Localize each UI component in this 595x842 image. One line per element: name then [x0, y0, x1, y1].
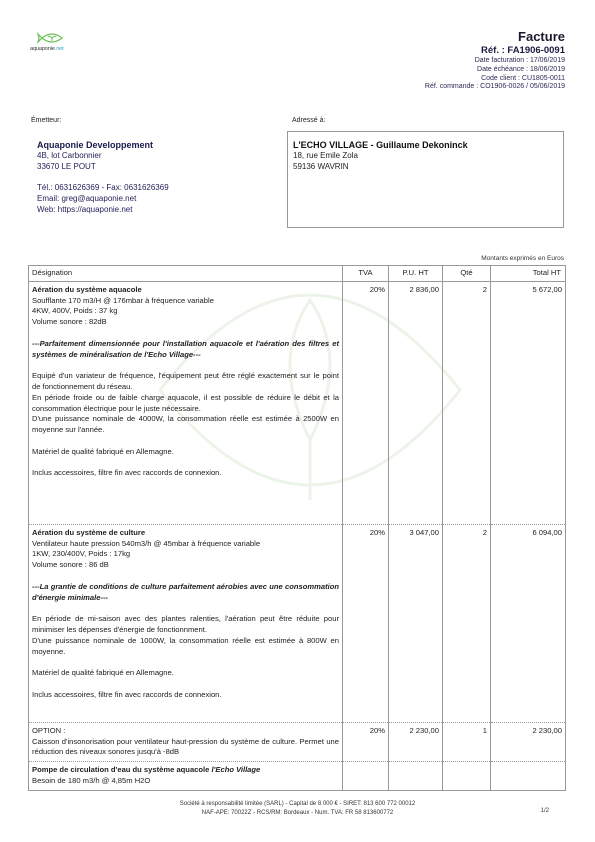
- item-tva: [343, 762, 389, 791]
- item-tva: 20%: [343, 722, 389, 761]
- invoice-items-table: Désignation TVA P.U. HT Qté Total HT Aér…: [28, 265, 566, 791]
- page-number: 1/2: [541, 808, 549, 814]
- item-total: 2 230,00: [491, 722, 566, 761]
- item-designation: Pompe de circulation d'eau du système aq…: [29, 762, 343, 791]
- item-designation: Aération du système de culture Ventilate…: [29, 524, 343, 722]
- emetteur-phone: Tél.: 0631626369 - Fax: 0631626369: [37, 183, 169, 194]
- item-tva: 20%: [343, 524, 389, 722]
- emetteur-block: Aquaponie Developpement 4B, lot Carbonni…: [37, 140, 169, 216]
- emetteur-address1: 4B, lot Carbonnier: [37, 151, 169, 162]
- item-qty: 2: [443, 524, 491, 722]
- code-client: Code client : CU1805-0011: [425, 75, 565, 84]
- company-logo: aquaponie.net: [30, 31, 82, 55]
- item-pu: 3 047,00: [389, 524, 443, 722]
- item-qty: [443, 762, 491, 791]
- currency-note: Montants exprimés en Euros: [481, 255, 564, 262]
- invoice-title: Facture: [425, 30, 565, 44]
- date-echeance: Date échéance : 18/06/2019: [425, 66, 565, 75]
- destinataire-label: Adressé à:: [292, 117, 325, 124]
- destinataire-box: L'ECHO VILLAGE - Guillaume Dekoninck 18,…: [287, 131, 564, 228]
- col-tva: TVA: [343, 266, 389, 282]
- item-designation: OPTION : Caisson d'insonorisation pour v…: [29, 722, 343, 761]
- col-designation: Désignation: [29, 266, 343, 282]
- col-qty: Qté: [443, 266, 491, 282]
- emetteur-label: Émetteur:: [31, 117, 61, 124]
- invoice-header: Facture Réf. : FA1906-0091 Date facturat…: [425, 30, 565, 92]
- item-total: 5 672,00: [491, 281, 566, 524]
- ref-commande: Réf. commande : CO1906-0026 / 05/06/2019: [425, 83, 565, 92]
- emetteur-web: Web: https://aquaponie.net: [37, 205, 169, 216]
- emetteur-email: Email: greg@aquaponie.net: [37, 194, 169, 205]
- item-qty: 1: [443, 722, 491, 761]
- item-designation: Aération du système aquacole Soufflante …: [29, 281, 343, 524]
- item-total: 6 094,00: [491, 524, 566, 722]
- destinataire-address1: 18, rue Emile Zola: [293, 151, 558, 162]
- col-total: Total HT: [491, 266, 566, 282]
- logo-text: aquaponie.net: [30, 46, 64, 52]
- item-qty: 2: [443, 281, 491, 524]
- invoice-ref: Réf. : FA1906-0091: [425, 44, 565, 57]
- col-pu: P.U. HT: [389, 266, 443, 282]
- destinataire-name: L'ECHO VILLAGE - Guillaume Dekoninck: [293, 140, 558, 151]
- table-row: Aération du système aquacole Soufflante …: [29, 281, 566, 524]
- emetteur-address2: 33670 LE POUT: [37, 162, 169, 173]
- table-row: OPTION : Caisson d'insonorisation pour v…: [29, 722, 566, 761]
- date-facturation: Date facturation : 17/06/2019: [425, 57, 565, 66]
- table-row: Pompe de circulation d'eau du système aq…: [29, 762, 566, 791]
- footer-legal: Société à responsabilité limitée (SARL) …: [0, 800, 595, 817]
- item-total: [491, 762, 566, 791]
- table-row: Aération du système de culture Ventilate…: [29, 524, 566, 722]
- item-pu: [389, 762, 443, 791]
- item-tva: 20%: [343, 281, 389, 524]
- item-pu: 2 230,00: [389, 722, 443, 761]
- emetteur-name: Aquaponie Developpement: [37, 140, 169, 151]
- fish-sprout-logo-icon: [30, 31, 82, 46]
- destinataire-address2: 59136 WAVRIN: [293, 162, 558, 173]
- item-pu: 2 836,00: [389, 281, 443, 524]
- table-header-row: Désignation TVA P.U. HT Qté Total HT: [29, 266, 566, 282]
